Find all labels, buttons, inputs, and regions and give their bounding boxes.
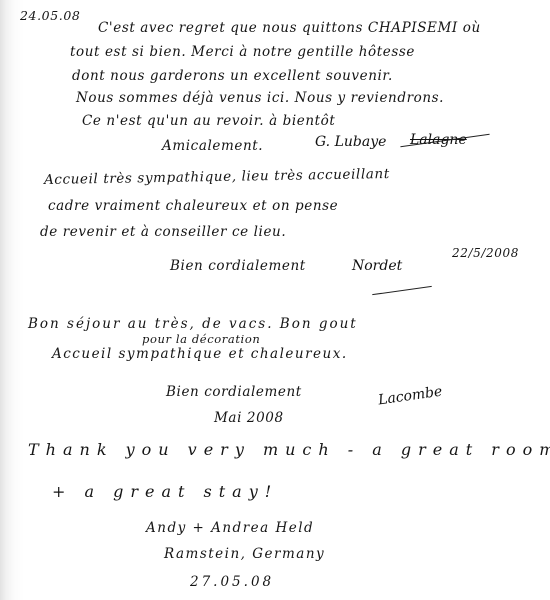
signature-flourish xyxy=(372,286,432,295)
entry-line: Nous sommes déjà venus ici. Nous y revie… xyxy=(76,90,444,106)
guestbook-page: 24.05.08 C'est avec regret que nous quit… xyxy=(0,0,550,600)
entry-line: Thank you very much - a great room xyxy=(28,440,550,459)
entry-signature: Nordet xyxy=(352,258,402,274)
entry-date: 24.05.08 xyxy=(20,8,80,23)
entry-line: Accueil sympathique et chaleureux. xyxy=(52,346,348,362)
entry-signature: Andy + Andrea Held xyxy=(146,520,314,536)
entry-insert: pour la décoration xyxy=(142,332,260,346)
entry-line: dont nous garderons un excellent souveni… xyxy=(72,68,393,84)
entry-line: tout est si bien. Merci à notre gentille… xyxy=(70,44,415,60)
entry-date: Mai 2008 xyxy=(214,410,284,426)
entry-line: C'est avec regret que nous quittons CHAP… xyxy=(98,20,481,36)
entry-location: Ramstein, Germany xyxy=(164,546,325,562)
entry-line: Ce n'est qu'un au revoir. à bientôt xyxy=(82,113,335,129)
entry-line: cadre vraiment chaleureux et on pense xyxy=(48,198,338,214)
entry-signature: G. Lubaye xyxy=(315,134,386,150)
entry-line: Accueil très sympathique, lieu très accu… xyxy=(44,166,390,188)
entry-date: 22/5/2008 xyxy=(452,246,519,260)
entry-signature: Lacombe xyxy=(377,384,443,409)
entry-closing: Bien cordialement xyxy=(170,258,306,274)
entry-closing: Amicalement. xyxy=(162,138,263,154)
entry-date: 27.05.08 xyxy=(190,574,274,590)
entry-line: + a great stay! xyxy=(52,482,278,501)
entry-closing: Bien cordialement xyxy=(166,384,302,400)
entry-line: Bon séjour au très, de vacs. Bon gout xyxy=(28,316,358,332)
entry-line: de revenir et à conseiller ce lieu. xyxy=(40,224,286,240)
